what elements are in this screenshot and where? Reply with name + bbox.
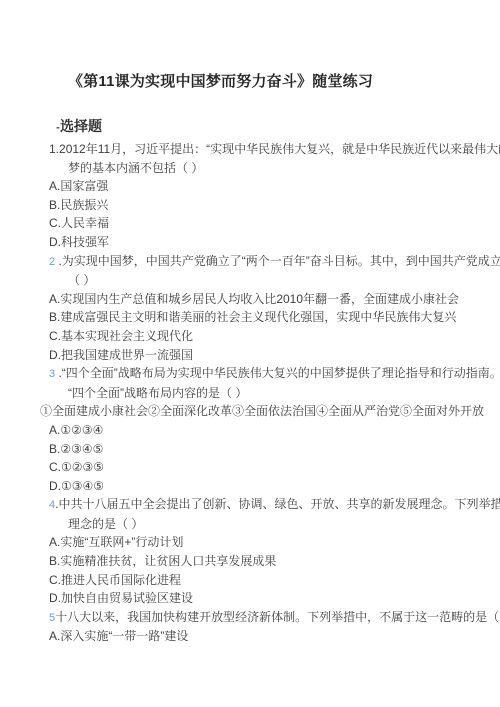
question-2-option-b: B.建成富强民主文明和谐美丽的社会主义现代化强国，实现中华民族伟大复兴: [0, 308, 500, 327]
question-4-option-d: D.加快自由贸易试验区建设: [0, 589, 500, 608]
question-5-text: 十八大以来，我国加快构建开放型经济新体制。下列举措中，不属于这一范畴的是（ ）: [55, 610, 500, 624]
question-4-text: 中共十八届五中全会提出了创新、协调、绿色、开放、共享的新发展理念。下列举措体现了…: [58, 497, 500, 511]
question-1-text: 2012年11月，习近平提出：“实现中华民族伟大复兴，就是中华民族近代以来最伟大…: [59, 142, 500, 156]
question-4-line-1: 4.中共十八届五中全会提出了创新、协调、绿色、开放、共享的新发展理念。下列举措体…: [0, 495, 500, 515]
question-3-option-d: D.①③④⑤: [0, 477, 500, 496]
question-3-line-1: 3 .“四个全面”战略布局为实现中华民族伟大复兴的中国梦提供了理论指导和行动指南…: [0, 364, 500, 384]
question-1-number: 1.: [49, 142, 59, 156]
question-4-line-2: 理念的是（ ）: [0, 515, 500, 534]
question-1-option-a: A.国家富强: [0, 177, 500, 196]
question-5-line-1: 5十八大以来，我国加快构建开放型经济新体制。下列举措中，不属于这一范畴的是（ ）: [0, 608, 500, 628]
question-2-separator: .: [55, 254, 62, 268]
question-3-items: ①全面建成小康社会②全面深化改革③全面依法治国④全面从严治党⑤全面对外开放: [0, 402, 500, 421]
question-2-option-a: A.实现国内生产总值和城乡居民人均收入比2010年翻一番，全面建成小康社会: [0, 290, 500, 309]
question-1-option-c: C.人民幸福: [0, 214, 500, 233]
question-3-option-c: C.①②③⑤: [0, 458, 500, 477]
question-3-separator: .: [55, 366, 62, 380]
question-2-option-d: D.把我国建成世界一流强国: [0, 346, 500, 365]
question-3-text: “四个全面”战略布局为实现中华民族伟大复兴的中国梦提供了理论指导和行动指南。下列…: [62, 366, 500, 380]
question-2-line-2: （ ）: [0, 271, 500, 290]
question-1-line-1: 1.2012年11月，习近平提出：“实现中华民族伟大复兴，就是中华民族近代以来最…: [0, 140, 500, 159]
question-4-option-a: A.实施“互联网+”行动计划: [0, 533, 500, 552]
question-2-option-c: C.基本实现社会主义现代化: [0, 327, 500, 346]
question-5-option-a: A.深入实施“一带一路”建设: [0, 627, 500, 646]
document-page: 《第11课为实现中国梦而努力奋斗》随堂练习 -选择题 1.2012年11月，习近…: [0, 0, 500, 707]
question-2-line-1: 2 .为实现中国梦，中国共产党确立了“两个一百年”奋斗目标。其中，到中国共产党成…: [0, 252, 500, 272]
question-1-line-2: 梦的基本内涵不包括（ ）: [0, 159, 500, 178]
question-3-option-b: B.②③④⑤: [0, 440, 500, 459]
question-4-option-b: B.实施精准扶贫，让贫困人口共享发展成果: [0, 552, 500, 571]
question-3-option-a: A.①②③④: [0, 421, 500, 440]
question-3-line-2: “四个全面”战略布局内容的是（ ）: [0, 384, 500, 403]
page-title: 《第11课为实现中国梦而努力奋斗》随堂练习: [68, 72, 373, 92]
question-2-text: 为实现中国梦，中国共产党确立了“两个一百年”奋斗目标。其中，到中国共产党成立10…: [62, 254, 500, 268]
question-1-option-d: D.科技强军: [0, 233, 500, 252]
section-label: 选择题: [60, 118, 102, 134]
question-list: 1.2012年11月，习近平提出：“实现中华民族伟大复兴，就是中华民族近代以来最…: [0, 140, 500, 646]
question-1-option-b: B.民族振兴: [0, 196, 500, 215]
question-4-option-c: C.推进人民币国际化进程: [0, 571, 500, 590]
section-heading: -选择题: [56, 117, 102, 136]
